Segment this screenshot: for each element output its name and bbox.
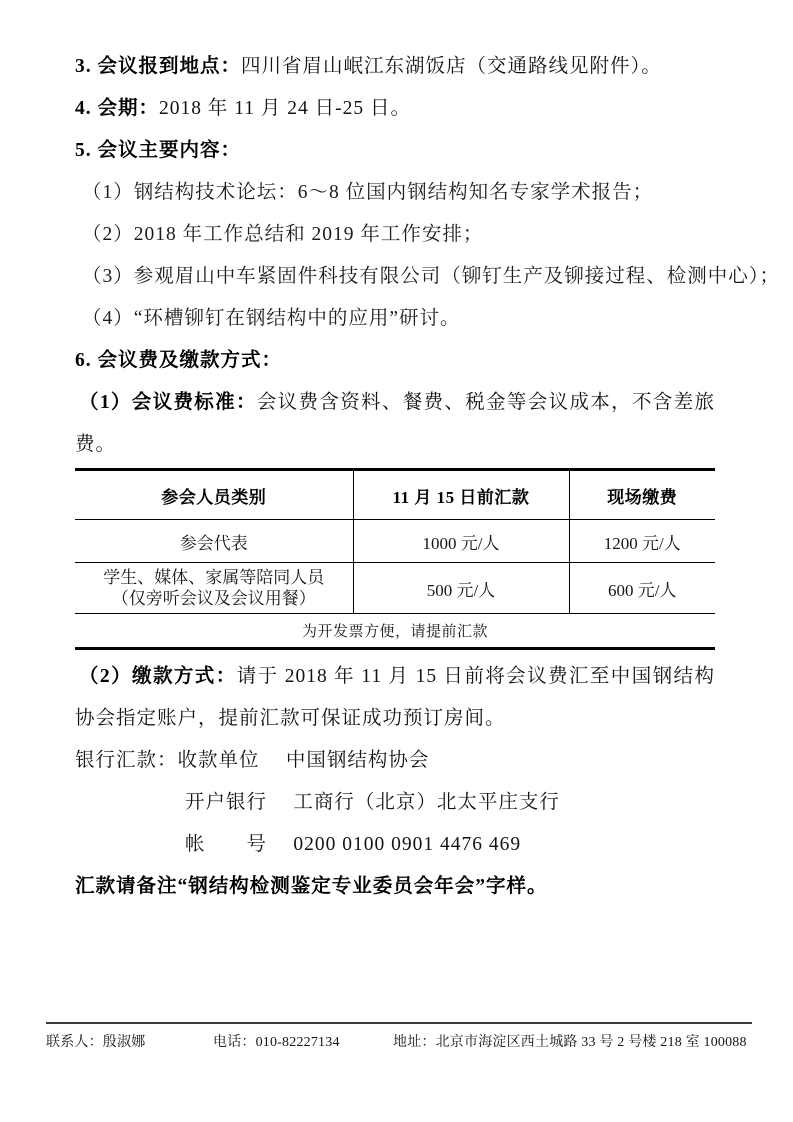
fee-table-header-onsite-payment: 现场缴费	[569, 470, 715, 520]
fee-table-note: 为开发票方便，请提前汇款	[75, 614, 715, 649]
accompanying-onsite-fee-cell: 600 元/人	[569, 563, 715, 614]
footer-address: 地址：北京市海淀区西土城路 33 号 2 号楼 218 室 100088	[393, 1031, 747, 1051]
bank-name-line: 开户银行 工商行（北京）北太平庄支行	[75, 782, 715, 824]
delegate-category-cell: 参会代表	[75, 520, 353, 563]
document-body: 3. 会议报到地点：四川省眉山岷江东湖饭店（交通路线见附件）。 4. 会期：20…	[75, 46, 715, 908]
registration-location-text: 四川省眉山岷江东湖饭店（交通路线见附件）。	[241, 56, 662, 77]
item-meeting-dates: 4. 会期：2018 年 11 月 24 日-25 日。	[75, 88, 715, 130]
document-page: { "doc": { "item3_label": "3. 会议报到地点：", …	[0, 0, 793, 1122]
fee-standard-paragraph: （1）会议费标准：会议费含资料、餐费、税金等会议成本，不含差旅费。	[75, 382, 715, 466]
fee-standard-label: （1）会议费标准：	[79, 392, 257, 413]
content-item-worksummary: （2）2018 年工作总结和 2019 年工作安排；	[75, 214, 715, 256]
table-row-delegate: 参会代表 1000 元/人 1200 元/人	[75, 520, 715, 563]
item-fees-heading: 6. 会议费及缴款方式：	[75, 340, 715, 382]
accompanying-early-fee-cell: 500 元/人	[353, 563, 569, 614]
registration-location-label: 3. 会议报到地点：	[75, 56, 241, 77]
footer-contact: 联系人：殷淑娜	[46, 1031, 145, 1051]
fee-table-header-category: 参会人员类别	[75, 470, 353, 520]
item-main-content-heading: 5. 会议主要内容：	[75, 130, 715, 172]
accompanying-category-line1: 学生、媒体、家属等陪同人员	[75, 567, 353, 588]
meeting-dates-text: 2018 年 11 月 24 日-25 日。	[159, 98, 411, 119]
fee-table-note-row: 为开发票方便，请提前汇款	[75, 614, 715, 649]
delegate-early-fee-cell: 1000 元/人	[353, 520, 569, 563]
page-footer: 联系人：殷淑娜 电话：010-82227134 地址：北京市海淀区西土城路 33…	[46, 1022, 752, 1058]
content-item-visit: （3）参观眉山中车紧固件科技有限公司（铆钉生产及铆接过程、检测中心）；	[75, 256, 715, 298]
payment-method-label: （2）缴款方式：	[79, 666, 237, 687]
fee-table-header-row: 参会人员类别 11 月 15 日前汇款 现场缴费	[75, 470, 715, 520]
table-row-accompanying: 学生、媒体、家属等陪同人员 （仅旁听会议及会议用餐） 500 元/人 600 元…	[75, 563, 715, 614]
fees-heading-label: 6. 会议费及缴款方式：	[75, 350, 282, 371]
accompanying-category-line2: （仅旁听会议及会议用餐）	[75, 588, 353, 609]
content-item-seminar: （4）“环槽铆钉在钢结构中的应用”研讨。	[75, 298, 715, 340]
item-registration-location: 3. 会议报到地点：四川省眉山岷江东湖饭店（交通路线见附件）。	[75, 46, 715, 88]
footer-phone: 电话：010-82227134	[213, 1031, 340, 1051]
meeting-dates-label: 4. 会期：	[75, 98, 159, 119]
fee-table: 参会人员类别 11 月 15 日前汇款 现场缴费 参会代表 1000 元/人 1…	[75, 468, 715, 650]
content-item-forum: （1）钢结构技术论坛：6～8 位国内钢结构知名专家学术报告；	[75, 172, 715, 214]
account-number-line: 帐 号 0200 0100 0901 4476 469	[75, 824, 715, 866]
accompanying-category-cell: 学生、媒体、家属等陪同人员 （仅旁听会议及会议用餐）	[75, 563, 353, 614]
delegate-onsite-fee-cell: 1200 元/人	[569, 520, 715, 563]
fee-table-header-early-payment: 11 月 15 日前汇款	[353, 470, 569, 520]
main-content-label: 5. 会议主要内容：	[75, 140, 241, 161]
remittance-remark-instruction: 汇款请备注“钢结构检测鉴定专业委员会年会”字样。	[75, 866, 715, 908]
bank-transfer-payee-line: 银行汇款：收款单位 中国钢结构协会	[75, 740, 715, 782]
payment-method-paragraph: （2）缴款方式：请于 2018 年 11 月 15 日前将会议费汇至中国钢结构协…	[75, 656, 715, 740]
